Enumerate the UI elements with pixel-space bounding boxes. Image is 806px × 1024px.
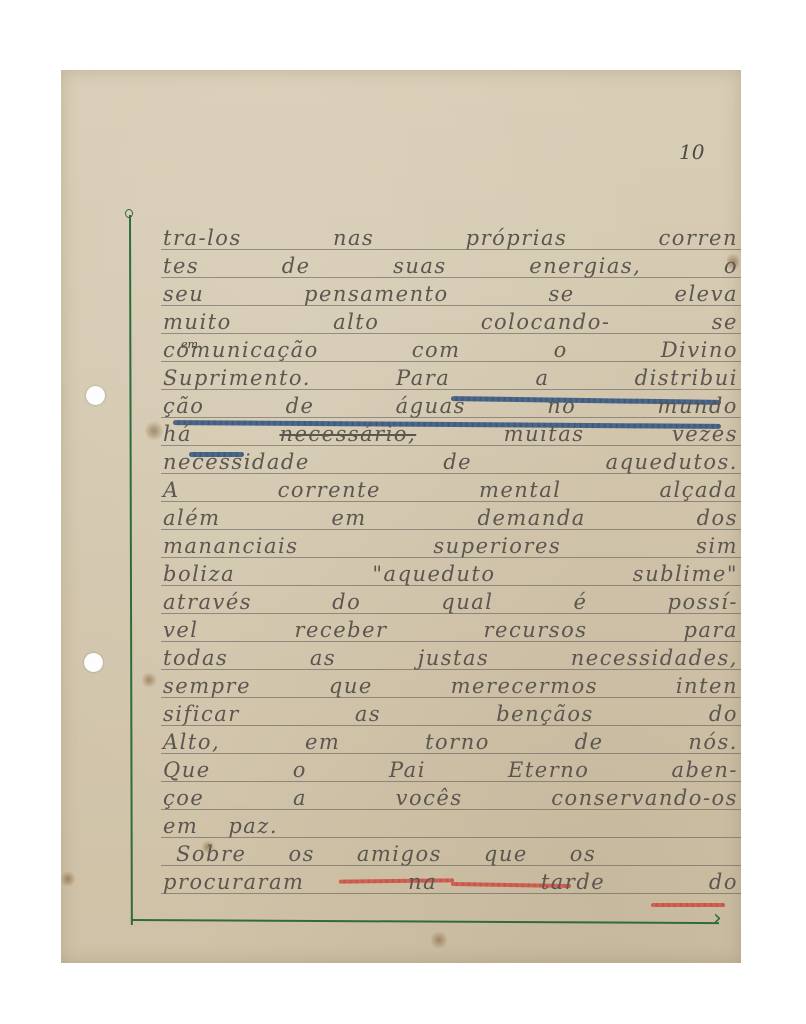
word: demanda [478, 506, 586, 530]
handwritten-line: Sobre os amigos que os [176, 840, 596, 866]
word: as [355, 702, 381, 726]
red-underline-mark [651, 903, 725, 907]
word: colocando- [481, 310, 611, 334]
stain-mark [141, 672, 157, 688]
word: Que [163, 758, 211, 782]
word: do [332, 590, 361, 614]
word: necessidade [163, 450, 310, 474]
word: A [163, 478, 180, 502]
word: seu [163, 282, 204, 306]
word: se [549, 282, 575, 306]
handwritten-line: há necessário, muitas vezes [163, 420, 738, 446]
word: nós. [688, 730, 738, 754]
word: amigos [357, 842, 442, 866]
word: próprias [466, 226, 568, 250]
word: "aqueduto [372, 562, 495, 586]
word: muitas [504, 422, 585, 446]
margin-line [129, 215, 133, 925]
stain-mark [145, 420, 163, 442]
word: é [574, 590, 588, 614]
word: necessidades, [571, 646, 738, 670]
word: vocês [396, 786, 463, 810]
word: possí- [668, 590, 738, 614]
word: Alto, [163, 730, 220, 754]
word: há [163, 422, 192, 446]
word: alçada [659, 478, 737, 502]
word: procuraram [163, 870, 304, 894]
word: com [412, 338, 461, 362]
word: para [683, 618, 738, 642]
word: o [293, 758, 307, 782]
word: a [293, 786, 307, 810]
word: do [709, 870, 738, 894]
word: recursos [484, 618, 588, 642]
word: em [163, 814, 198, 838]
handwritten-line: através do qual é possí- [163, 588, 738, 614]
word: no [547, 394, 576, 418]
bottom-rule-line [131, 919, 719, 924]
handwritten-line: tes de suas energias, o [163, 252, 738, 278]
word: bençãos [496, 702, 594, 726]
word: tes [163, 254, 199, 278]
word: em [305, 730, 340, 754]
struck-word: necessário, [279, 422, 416, 446]
word: sublime" [633, 562, 738, 586]
manuscript-page: › 10 em [61, 70, 741, 963]
handwritten-line: muito alto colocando- se [163, 308, 738, 334]
handwritten-line: todas as justas necessidades, [163, 644, 738, 670]
word: nas [333, 226, 374, 250]
handwritten-line: além em demanda dos [163, 504, 738, 530]
word: energias, [529, 254, 641, 278]
word: justas [418, 646, 490, 670]
word: alto [333, 310, 379, 334]
word: pensamento [304, 282, 449, 306]
word: águas [396, 394, 466, 418]
handwritten-line: procuraram na tarde do [163, 868, 738, 894]
word: de [282, 254, 311, 278]
word: superiores [433, 534, 561, 558]
word: tarde [541, 870, 605, 894]
arrow-right-icon: › [713, 908, 722, 930]
word: as [310, 646, 336, 670]
stain-mark [431, 930, 447, 950]
word: o [724, 254, 738, 278]
word: sim [696, 534, 738, 558]
handwritten-line: Que o Pai Eterno aben- [163, 756, 738, 782]
word: aquedutos. [606, 450, 738, 474]
word: conservando-os [551, 786, 738, 810]
word: o [554, 338, 568, 362]
punch-hole-top [86, 386, 105, 405]
handwritten-line: seu pensamento se eleva [163, 280, 738, 306]
word: Eterno [508, 758, 589, 782]
word: Para [396, 366, 450, 390]
word: os [570, 842, 596, 866]
handwritten-line: çoe a vocês conservando-os [163, 784, 738, 810]
word: além [163, 506, 221, 530]
word: aben- [671, 758, 738, 782]
word: comunicação [163, 338, 319, 362]
word: todas [163, 646, 228, 670]
word: mundo [657, 394, 738, 418]
word: que [484, 842, 528, 866]
word: que [329, 674, 373, 698]
word: vezes [672, 422, 738, 446]
word: os [288, 842, 314, 866]
word: suas [393, 254, 447, 278]
word: Sobre [176, 842, 246, 866]
word: ção [163, 394, 204, 418]
handwritten-line: sificar as bençãos do [163, 700, 738, 726]
word: do [709, 702, 738, 726]
word: receber [294, 618, 387, 642]
word: a [535, 366, 549, 390]
handwritten-line: ção de águas no mundo [163, 392, 738, 418]
word: paz. [228, 814, 278, 838]
stain-mark [61, 870, 75, 888]
word: Divino [661, 338, 738, 362]
handwritten-line: necessidade de aquedutos. [163, 448, 738, 474]
handwritten-line: tra-los nas próprias corren [163, 224, 738, 250]
word: inten [676, 674, 738, 698]
word: de [443, 450, 472, 474]
word: sempre [163, 674, 251, 698]
word: çoe [163, 786, 204, 810]
handwritten-line: sempre que merecermos inten [163, 672, 738, 698]
handwritten-line: boliza "aqueduto sublime" [163, 560, 738, 586]
handwritten-line: Suprimento. Para a distribui [163, 364, 738, 390]
word: mental [479, 478, 562, 502]
word: tra-los [163, 226, 242, 250]
punch-hole-bottom [84, 653, 103, 672]
word: Pai [389, 758, 426, 782]
word: Suprimento. [163, 366, 311, 390]
word: merecermos [451, 674, 598, 698]
page-number: 10 [679, 140, 704, 164]
word: mananciais [163, 534, 299, 558]
scan-canvas: › 10 em [0, 0, 806, 1024]
word: distribui [635, 366, 738, 390]
word: dos [697, 506, 738, 530]
word: eleva [675, 282, 738, 306]
handwritten-line: vel receber recursos para [163, 616, 738, 642]
word: vel [163, 618, 199, 642]
word: de [575, 730, 604, 754]
handwritten-line: A corrente mental alçada [163, 476, 738, 502]
handwritten-line: comunicação com o Divino [163, 336, 738, 362]
word: em [331, 506, 366, 530]
word: boliza [163, 562, 235, 586]
word: muito [163, 310, 232, 334]
word: na [408, 870, 437, 894]
handwritten-line: mananciais superiores sim [163, 532, 738, 558]
word: sificar [163, 702, 240, 726]
word: qual [441, 590, 493, 614]
word: se [712, 310, 738, 334]
word: corren [659, 226, 738, 250]
handwritten-line: Alto, em torno de nós. [163, 728, 738, 754]
word: corrente [278, 478, 381, 502]
word: de [286, 394, 315, 418]
handwritten-line: em paz. [163, 812, 313, 838]
word: torno [425, 730, 490, 754]
word: através [163, 590, 252, 614]
